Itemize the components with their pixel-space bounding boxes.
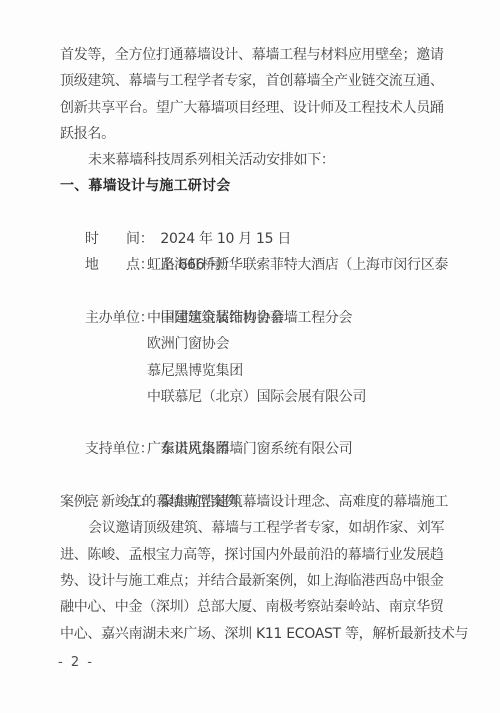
body-line: 跃报名。: [60, 121, 456, 147]
paragraph-line: 融中心、中金（深圳）总部大厦、南极考察站秦岭站、南京华贸: [60, 594, 456, 620]
venue-label: 地 点：: [85, 257, 154, 273]
page-number: - 2 -: [58, 655, 94, 670]
supporter-label: 支持单位：: [85, 441, 154, 457]
organizer-item: 欧洲门窗协会: [60, 331, 456, 357]
section-heading: 一、幕墙设计与施工研讨会: [60, 173, 456, 199]
body-line: 顶级建筑、幕墙与工程学者专家，首创幕墙全产业链交流互通、: [60, 68, 456, 94]
time-value: 2024 年 10 月 15 日: [160, 231, 291, 247]
paragraph-line: 势、设计与施工难点；并结合最新案例，如上海临港西岛中银金: [60, 568, 456, 594]
document-content: 首发等，全方位打通幕墙设计、幕墙工程与材料应用壁垒；邀请 顶级建筑、幕墙与工程学…: [60, 42, 456, 647]
activities-lead: 未来幕墙科技周系列相关活动安排如下：: [60, 147, 456, 173]
time-field: 时 间：2024 年 10 月 15 日: [60, 200, 456, 226]
time-label: 时 间：: [85, 231, 154, 247]
supporter-field: 支持单位：泰诺风集团: [60, 410, 456, 436]
body-line: 首发等，全方位打通幕墙设计、幕墙工程与材料应用壁垒；邀请: [60, 42, 456, 68]
paragraph-line: 中心、嘉兴南湖未来广场、深圳 K11 ECOAST 等，解析最新技术与: [60, 621, 456, 647]
organizer-label: 主办单位：: [85, 310, 154, 326]
paragraph-line: 会议邀请顶级建筑、幕墙与工程学者专家，如胡作家、刘军: [60, 515, 456, 541]
organizer-field: 主办单位：中国建筑装饰协会幕墙工程分会: [60, 279, 456, 305]
body-line: 创新共享平台。望广大幕墙项目经理、设计师及工程技术人员踊: [60, 95, 456, 121]
organizer-item: 慕尼黑博览集团: [60, 358, 456, 384]
paragraph-line: 进、陈峻、孟根宝力高等，探讨国内外最前沿的幕墙行业发展趋: [60, 542, 456, 568]
organizer-item: 中联慕尼（北京）国际会展有限公司: [60, 384, 456, 410]
highlight-field: 亮 点：聚焦前沿建筑幕墙设计理念、高难度的幕墙施工: [60, 463, 456, 489]
document-page: 首发等，全方位打通幕墙设计、幕墙工程与材料应用壁垒；邀请 顶级建筑、幕墙与工程学…: [0, 0, 500, 713]
